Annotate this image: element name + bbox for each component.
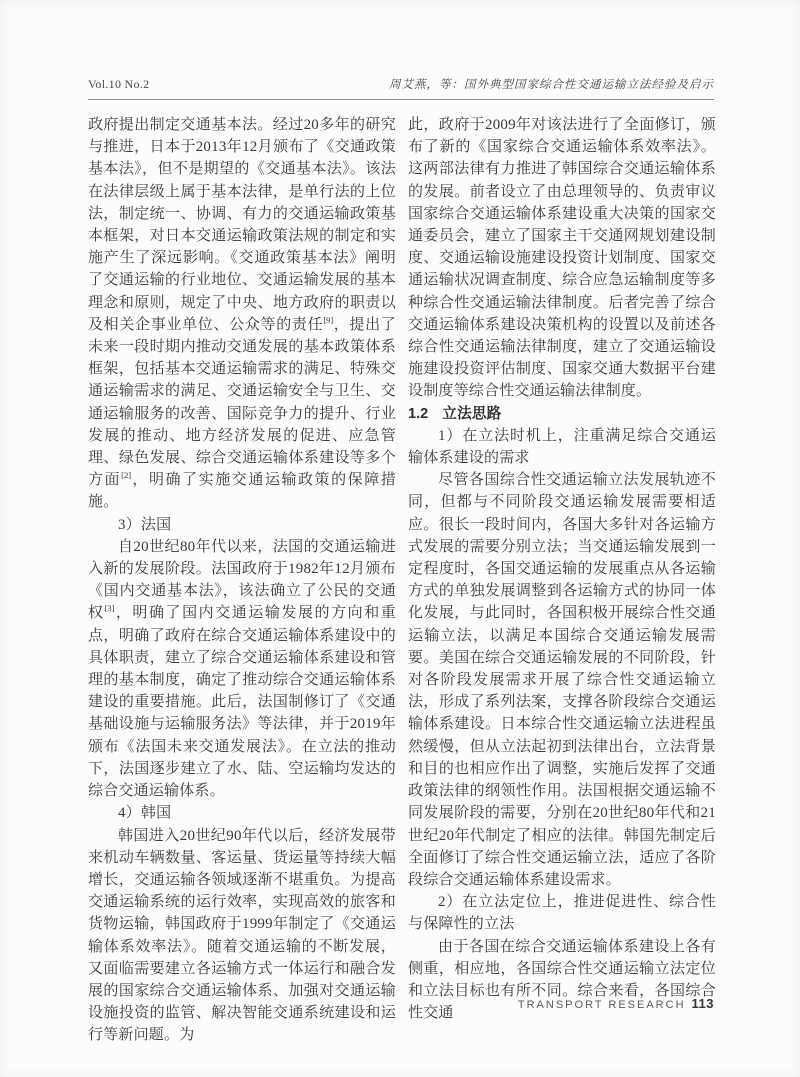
journal-name: TRANSPORT RESEARCH — [518, 999, 686, 1011]
france-paragraph: 自20世纪80年代以来，法国的交通运输进入新的发展阶段。法国政府于1982年12… — [88, 536, 396, 802]
france-paragraph-text: ，明确了国内交通运输发展的方向和重点，明确了政府在综合交通运输体系建设中的具体职… — [88, 605, 396, 799]
point2-paragraph: 由于各国在综合交通运输体系建设上各有侧重，相应地，各国综合性交通运输立法定位和立… — [408, 936, 716, 1025]
left-column: 政府提出制定交通基本法。经过20多年的研究与推进，日本于2013年12月颁布了《… — [88, 114, 396, 1047]
section-heading-1-2: 1.2立法思路 — [408, 403, 716, 425]
france-item-heading: 3）法国 — [88, 514, 396, 536]
japan-paragraph-text: ，提出了未来一段时期内推动交通发展的基本政策体系框架，包括基本交通运输需求的满足… — [88, 317, 396, 488]
page-header: Vol.10 No.2 周艾燕，等：国外典型国家综合性交通运输立法经验及启示 — [88, 76, 714, 92]
citation-ref-2: [2] — [121, 470, 131, 480]
running-title: 周艾燕，等：国外典型国家综合性交通运输立法经验及启示 — [389, 76, 714, 92]
point1-paragraph: 尽管各国综合性交通运输立法发展轨迹不同，但都与不同阶段交通运输发展需要相适应。很… — [408, 469, 716, 891]
point2-heading: 2）在立法定位上，推进促进性、综合性与保障性的立法 — [408, 891, 716, 935]
right-column: 此，政府于2009年对该法进行了全面修订，颁布了新的《国家综合交通运输体系效率法… — [408, 114, 716, 1047]
body-columns: 政府提出制定交通基本法。经过20多年的研究与推进，日本于2013年12月颁布了《… — [88, 114, 716, 1047]
point1-heading: 1）在立法时机上，注重满足综合交通运输体系建设的需求 — [408, 425, 716, 469]
section-title: 立法思路 — [442, 406, 501, 422]
japan-paragraph-text: 政府提出制定交通基本法。经过20多年的研究与推进，日本于2013年12月颁布了《… — [88, 117, 396, 333]
japan-law-paragraph: 政府提出制定交通基本法。经过20多年的研究与推进，日本于2013年12月颁布了《… — [88, 114, 396, 514]
citation-ref-9: [9] — [323, 315, 333, 325]
journal-page: Vol.10 No.2 周艾燕，等：国外典型国家综合性交通运输立法经验及启示 政… — [0, 0, 800, 1077]
citation-ref-3: [3] — [105, 603, 115, 613]
volume-issue: Vol.10 No.2 — [88, 77, 149, 92]
korea-continued-paragraph: 此，政府于2009年对该法进行了全面修订，颁布了新的《国家综合交通运输体系效率法… — [408, 114, 716, 403]
page-footer: TRANSPORT RESEARCH113 — [88, 996, 714, 1011]
section-number: 1.2 — [408, 406, 428, 422]
page-number: 113 — [692, 996, 714, 1011]
korea-item-heading: 4）韩国 — [88, 802, 396, 824]
header-rule — [88, 99, 714, 100]
japan-paragraph-text: ，明确了实施交通运输政策的保障措施。 — [88, 472, 396, 510]
korea-paragraph: 韩国进入20世纪90年代以后，经济发展带来机动车辆数量、客运量、货运量等持续大幅… — [88, 825, 396, 1047]
